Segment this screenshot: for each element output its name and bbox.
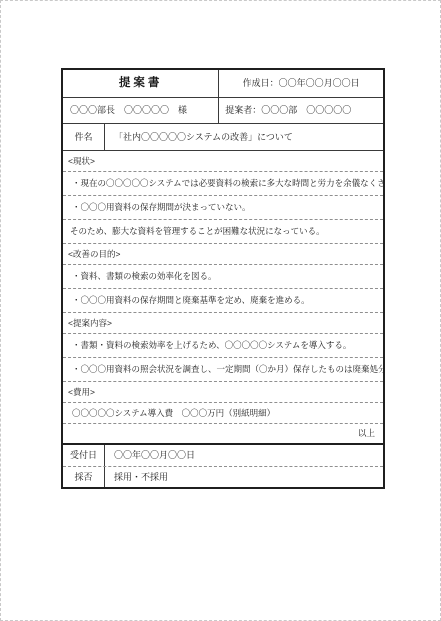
table-row-item: ・〇〇〇用資料の保存期間が決まっていない。 [63,195,383,219]
current-status-item: ・〇〇〇用資料の保存期間が決まっていない。 [63,196,383,219]
table-row-reception-date: 受付日 〇〇年〇〇月〇〇日 [63,443,383,466]
table-row-item: ・現在の〇〇〇〇〇システムでは必要資料の検索に多大な時間と労力を余儀なくされる。 [63,171,383,195]
table-row-closing: 以上 [63,423,383,443]
addressee: 〇〇〇部長 〇〇〇〇〇 様 [63,98,218,123]
decision-value: 採用・不採用 [104,467,383,487]
subject-value: 「社内〇〇〇〇〇システムの改善」について [104,124,383,150]
table-row-section-heading: <提案内容> [63,312,383,333]
table-row-decision: 採否 採用・不採用 [63,466,383,487]
proposal-form-table: 提案書 作成日：〇〇年〇〇月〇〇日 〇〇〇部長 〇〇〇〇〇 様 提案者：〇〇〇部… [61,68,385,489]
purpose-item: ・資料、書類の検索の効率化を図る。 [63,265,383,288]
section-heading-purpose: <改善の目的> [63,244,383,264]
proposer: 提案者：〇〇〇部 〇〇〇〇〇 [218,98,383,123]
cost-item: 〇〇〇〇〇システム導入費 〇〇〇万円（別紙明細） [63,403,383,423]
reception-date-value: 〇〇年〇〇月〇〇日 [104,445,383,466]
table-row-item: ・〇〇〇用資料の照会状況を調査し、一定期間（〇か月）保存したものは廃棄処分にする… [63,357,383,381]
purpose-item: ・〇〇〇用資料の保存期間と廃棄基準を定め、廃棄を進める。 [63,289,383,312]
table-row-section-heading: <改善の目的> [63,243,383,264]
table-row-subject: 件名 「社内〇〇〇〇〇システムの改善」について [63,123,383,150]
section-heading-proposal: <提案内容> [63,313,383,333]
proposal-item: ・〇〇〇用資料の照会状況を調査し、一定期間（〇か月）保存したものは廃棄処分にする… [63,358,383,381]
decision-label: 採否 [63,467,104,487]
table-row-title: 提案書 作成日：〇〇年〇〇月〇〇日 [63,70,383,97]
section-heading-current-status: <現状> [63,151,383,171]
table-row-item: 〇〇〇〇〇システム導入費 〇〇〇万円（別紙明細） [63,402,383,423]
document-page: 提案書 作成日：〇〇年〇〇月〇〇日 〇〇〇部長 〇〇〇〇〇 様 提案者：〇〇〇部… [0,0,441,621]
proposal-item: ・書類・資料の検索効率を上げるため、〇〇〇〇〇システムを導入する。 [63,334,383,357]
table-row-item: ・書類・資料の検索効率を上げるため、〇〇〇〇〇システムを導入する。 [63,333,383,357]
table-row-item: そのため、膨大な資料を管理することが困難な状況になっている。 [63,219,383,243]
created-date: 作成日：〇〇年〇〇月〇〇日 [218,70,383,97]
document-title: 提案書 [63,70,218,97]
subject-label: 件名 [63,124,104,150]
table-row-parties: 〇〇〇部長 〇〇〇〇〇 様 提案者：〇〇〇部 〇〇〇〇〇 [63,97,383,123]
table-row-section-heading: <費用> [63,381,383,402]
closing-text: 以上 [63,424,383,443]
reception-date-label: 受付日 [63,445,104,466]
table-row-item: ・資料、書類の検索の効率化を図る。 [63,264,383,288]
table-row-item: ・〇〇〇用資料の保存期間と廃棄基準を定め、廃棄を進める。 [63,288,383,312]
table-row-section-heading: <現状> [63,150,383,171]
current-status-note: そのため、膨大な資料を管理することが困難な状況になっている。 [63,220,383,243]
section-heading-cost: <費用> [63,382,383,402]
current-status-item: ・現在の〇〇〇〇〇システムでは必要資料の検索に多大な時間と労力を余儀なくされる。 [63,172,383,195]
